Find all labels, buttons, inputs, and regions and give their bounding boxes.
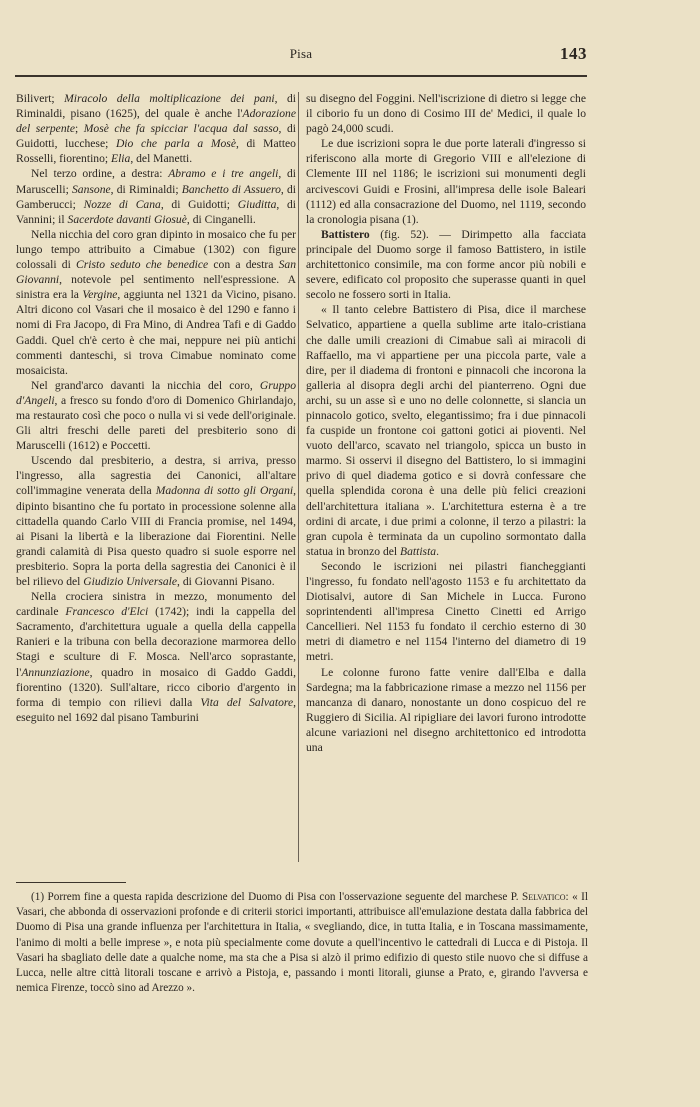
paragraph: Nella nicchia del coro gran dipinto in m…: [16, 227, 296, 378]
italic-title: Cristo seduto che benedice: [76, 258, 208, 271]
column-divider: [298, 92, 299, 862]
italic-title: Miracolo della moltiplicazione dei pani: [64, 92, 274, 105]
right-column: su disegno del Foggini. Nell'iscrizione …: [306, 91, 586, 755]
text-run: , di Cinganelli.: [187, 213, 256, 226]
text-run: .: [436, 545, 439, 558]
text-run: (1) Porrem fine a questa rapida descrizi…: [31, 891, 522, 903]
text-run: Nel terzo ordine, a destra:: [31, 167, 168, 180]
paragraph: Bilivert; Miracolo della moltiplicazione…: [16, 91, 296, 166]
paragraph: Uscendo dal presbiterio, a destra, si ar…: [16, 453, 296, 589]
paragraph: Le due iscrizioni sopra le due porte lat…: [306, 136, 586, 227]
italic-title: Elia: [111, 152, 130, 165]
italic-title: Abramo e i tre angeli: [168, 167, 278, 180]
text-run: , a fresco su fondo d'oro di Domenico Gh…: [16, 394, 296, 452]
footnote-rule: [16, 882, 126, 883]
text-run: , del Manetti.: [130, 152, 192, 165]
paragraph: Battistero (fig. 52). — Dirimpetto alla …: [306, 227, 586, 302]
section-heading: Battistero: [321, 228, 370, 241]
paragraph: Le colonne furono fatte venire dall'Elba…: [306, 665, 586, 756]
running-title: Pisa: [15, 46, 587, 62]
text-run: Le due iscrizioni sopra le due porte lat…: [306, 137, 586, 225]
italic-title: Francesco d'Elci: [65, 605, 148, 618]
italic-title: Sansone: [72, 183, 111, 196]
header-rule: [15, 75, 587, 77]
small-caps-name: Selvatico: [522, 891, 566, 903]
page-number: 143: [560, 44, 587, 64]
italic-title: Giudizio Universale: [83, 575, 177, 588]
italic-title: Mosè che fa spicciar l'acqua dal sasso: [84, 122, 279, 135]
text-run: , aggiunta nel 1321 da Vicino, pisano. A…: [16, 288, 296, 376]
italic-title: Dio che parla a Mosè: [116, 137, 236, 150]
running-head: Pisa 143: [15, 46, 587, 68]
italic-title: Giuditta: [238, 198, 277, 211]
paragraph: Nella crociera sinistra in mezzo, monume…: [16, 589, 296, 725]
italic-title: Vita del Salvatore: [200, 696, 293, 709]
text-run: Bilivert;: [16, 92, 64, 105]
footnote: (1) Porrem fine a questa rapida descrizi…: [16, 890, 588, 996]
text-run: Nel grand'arco davanti la nicchia del co…: [31, 379, 260, 392]
text-run: , di Riminaldi;: [111, 183, 182, 196]
paragraph: « Il tanto celebre Battistero di Pisa, d…: [306, 302, 586, 559]
italic-title: Annunziazione: [21, 666, 89, 679]
text-run: ;: [75, 122, 84, 135]
text-run: Secondo le iscrizioni nei pilastri fianc…: [306, 560, 586, 664]
italic-title: Madonna di sotto gli Organi: [156, 484, 293, 497]
italic-title: Banchetto di Assuero: [182, 183, 281, 196]
paragraph: Nel terzo ordine, a destra: Abramo e i t…: [16, 166, 296, 226]
text-run: : « Il Vasari, che abbonda di osservazio…: [16, 891, 588, 994]
italic-title: Nozze di Cana: [84, 198, 161, 211]
text-run: , di Giovanni Pisano.: [177, 575, 275, 588]
paragraph: Nel grand'arco davanti la nicchia del co…: [16, 378, 296, 453]
paragraph: su disegno del Foggini. Nell'iscrizione …: [306, 91, 586, 136]
paragraph: Secondo le iscrizioni nei pilastri fianc…: [306, 559, 586, 665]
text-run: « Il tanto celebre Battistero di Pisa, d…: [306, 303, 586, 558]
italic-title: Vergine: [82, 288, 117, 301]
text-run: , dipinto bisantino che fu portato in pr…: [16, 484, 296, 588]
text-run: Le colonne furono fatte venire dall'Elba…: [306, 666, 586, 754]
footnote-text: (1) Porrem fine a questa rapida descrizi…: [16, 890, 588, 996]
book-page: Pisa 143 Bilivert; Miracolo della moltip…: [0, 0, 700, 1107]
italic-title: Battista: [400, 545, 436, 558]
left-column: Bilivert; Miracolo della moltiplicazione…: [16, 91, 296, 725]
italic-title: Sacerdote davanti Giosuè: [68, 213, 187, 226]
text-run: su disegno del Foggini. Nell'iscrizione …: [306, 92, 586, 135]
text-run: , di Guidotti;: [161, 198, 238, 211]
text-run: con a destra: [208, 258, 278, 271]
